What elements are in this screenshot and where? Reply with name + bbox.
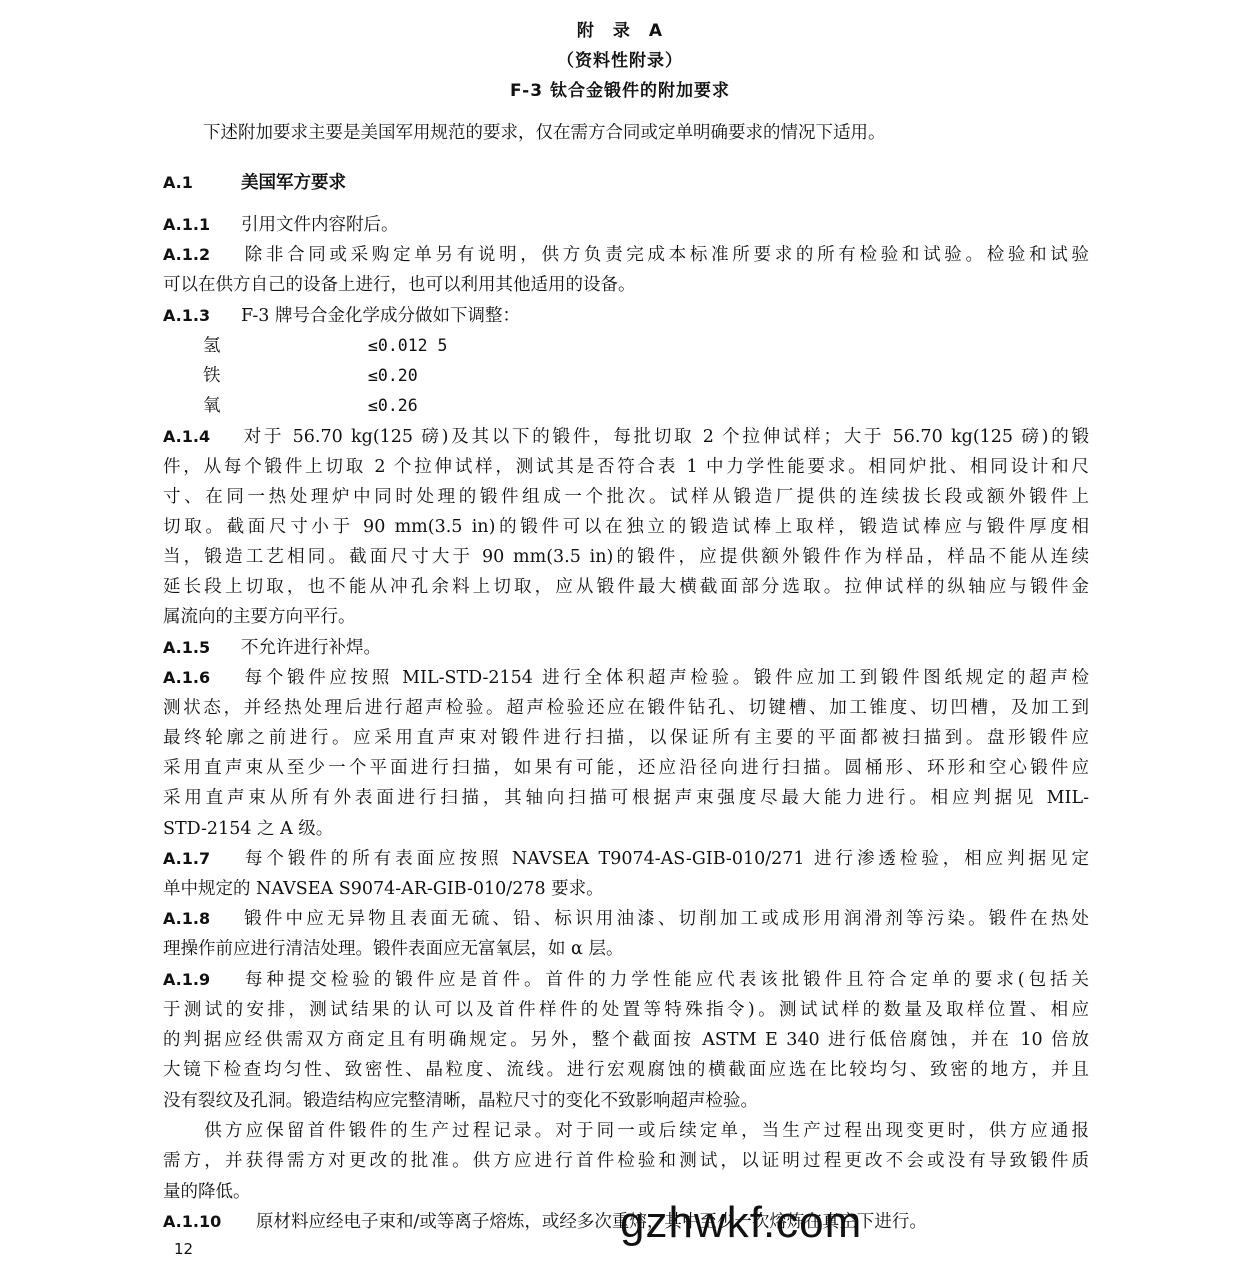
clause-number: A.1.1 [163,210,241,240]
clause-number: A.1.5 [163,633,241,663]
clause-number: A.1.9 [163,965,241,995]
clause-a118-cont: 理操作前应进行清洁处理。锻件表面应无富氧层，如 α 层。 [163,934,1089,964]
composition-row-hydrogen: 氢≤0.012 5 [203,331,221,361]
clause-text: 每个锻件应按照 MIL-STD-2154 进行全体积超声检验。锻件应加工到锻件图… [241,668,1089,688]
clause-text: 除非合同或采购定单另有说明，供方负责完成本标准所要求的所有检验和试验。检验和试验 [241,245,1089,265]
element-name: 氢 [203,336,221,356]
clause-text: F-3 牌号合金化学成分做如下调整： [241,306,520,326]
clause-number: A.1.8 [163,904,241,934]
clause-a115: A.1.5不允许进行补焊。 [163,633,1089,663]
section-number: A.1 [163,168,241,198]
clause-a114-cont: 当，锻造工艺相同。截面尺寸大于 90 mm(3.5 in)的锻件，应提供额外锻件… [163,542,1089,572]
clause-a117: A.1.7每个锻件的所有表面应按照 NAVSEA T9074-AS-GIB-01… [163,844,1089,874]
clause-number: A.1.10 [163,1207,256,1237]
clause-number: A.1.6 [163,663,241,693]
clause-a113: A.1.3F-3 牌号合金化学成分做如下调整： [163,301,1089,331]
clause-text: 锻件中应无异物且表面无硫、铅、标识用油漆、切削加工或成形用润滑剂等污染。锻件在热… [241,909,1089,929]
appendix-title: F-3 钛合金锻件的附加要求 [0,76,1240,101]
clause-a114-cont: 件，从每个锻件上切取 2 个拉伸试样，测试其是否符合表 1 中力学性能要求。相同… [163,452,1089,482]
clause-a114-cont: 寸、在同一热处理炉中同时处理的锻件组成一个批次。试样从锻造厂提供的连续拔长段或额… [163,482,1089,512]
clause-a114-cont: 切取。截面尺寸小于 90 mm(3.5 in)的锻件可以在独立的锻造试棒上取样，… [163,512,1089,542]
clause-text: 每种提交检验的锻件应是首件。首件的力学性能应代表该批锻件且符合定单的要求(包括关 [241,970,1089,990]
intro-text: 下述附加要求主要是美国军用规范的要求，仅在需方合同或定单明确要求的情况下适用。 [203,123,886,143]
clause-a119-cont: 没有裂纹及孔洞。锻造结构应完整清晰，晶粒尺寸的变化不致影响超声检验。 [163,1086,1089,1116]
clause-number: A.1.4 [163,422,241,452]
clause-a116-cont: 采用直声束从所有外表面进行扫描，其轴向扫描可根据声束强度尽最大能力进行。相应判据… [163,783,1089,813]
clause-a119-paragraph-cont: 需方，并获得需方对更改的批准。供方应进行首件检验和测试，以证明过程更改不会或没有… [163,1146,1089,1176]
appendix-heading: 附 录 A [0,16,1240,41]
element-name: 铁 [203,366,221,386]
clause-a118: A.1.8锻件中应无异物且表面无硫、铅、标识用油漆、切削加工或成形用润滑剂等污染… [163,904,1089,934]
clause-a114-cont: 属流向的主要方向平行。 [163,602,1089,632]
document-page: 附 录 A （资料性附录） F-3 钛合金锻件的附加要求 下述附加要求主要是美国… [0,0,1240,1273]
clause-a116-cont: 最终轮廓之前进行。应采用直声束对锻件进行扫描，以保证所有主要的平面都被扫描到。盘… [163,723,1089,753]
clause-a116: A.1.6每个锻件应按照 MIL-STD-2154 进行全体积超声检验。锻件应加… [163,663,1089,693]
clause-a119-cont: 的判据应经供需双方商定且有明确规定。另外，整个截面按 ASTM E 340 进行… [163,1025,1089,1055]
clause-a112-cont: 可以在供方自己的设备上进行，也可以利用其他适用的设备。 [163,270,1089,300]
clause-a119: A.1.9每种提交检验的锻件应是首件。首件的力学性能应代表该批锻件且符合定单的要… [163,965,1089,995]
section-heading: A.1美国军方要求 [163,168,1089,198]
clause-text: 引用文件内容附后。 [241,215,399,235]
section-title: 美国军方要求 [241,173,346,193]
clause-a116-cont: 采用直声束从至少一个平面进行扫描，如果有可能，还应沿径向进行扫描。圆桶形、环形和… [163,753,1089,783]
clause-a117-cont: 单中规定的 NAVSEA S9074-AR-GIB-010/278 要求。 [163,874,1089,904]
clause-text: 不允许进行补焊。 [241,638,381,658]
clause-number: A.1.7 [163,844,241,874]
watermark: gzhwkf.com [620,1198,862,1248]
clause-a119-paragraph: 供方应保留首件锻件的生产过程记录。对于同一或后续定单，当生产过程出现变更时，供方… [163,1116,1089,1146]
composition-row-oxygen: 氧≤0.26 [203,391,221,421]
clause-a111: A.1.1引用文件内容附后。 [163,210,1089,240]
clause-number: A.1.3 [163,301,241,331]
element-name: 氧 [203,396,221,416]
clause-a112: A.1.2除非合同或采购定单另有说明，供方负责完成本标准所要求的所有检验和试验。… [163,240,1089,270]
clause-a116-cont: STD-2154 之 A 级。 [163,814,1089,844]
composition-row-iron: 铁≤0.20 [203,361,221,391]
intro-paragraph: 下述附加要求主要是美国军用规范的要求，仅在需方合同或定单明确要求的情况下适用。 [163,118,1089,148]
clause-a119-cont: 于测试的安排，测试结果的认可以及首件样件的处置等特殊指令)。测试试样的数量及取样… [163,995,1089,1025]
clause-a116-cont: 测状态，并经热处理后进行超声检验。超声检验还应在锻件钻孔、切键槽、加工锥度、切凹… [163,693,1089,723]
clause-text: 每个锻件的所有表面应按照 NAVSEA T9074-AS-GIB-010/271… [241,849,1089,869]
clause-text: 对于 56.70 kg(125 磅)及其以下的锻件，每批切取 2 个拉伸试样；大… [241,427,1089,447]
clause-number: A.1.2 [163,240,241,270]
element-limit: ≤0.012 5 [368,331,447,361]
clause-a119-cont: 大镜下检查均匀性、致密性、晶粒度、流线。进行宏观腐蚀的横截面应选在比较均匀、致密… [163,1055,1089,1085]
element-limit: ≤0.26 [368,391,418,421]
clause-a114: A.1.4对于 56.70 kg(125 磅)及其以下的锻件，每批切取 2 个拉… [163,422,1089,452]
element-limit: ≤0.20 [368,361,418,391]
appendix-nature: （资料性附录） [0,46,1240,71]
page-number: 12 [174,1240,193,1258]
clause-a114-cont: 延长段上切取，也不能从冲孔余料上切取，应从锻件最大横截面部分选取。拉伸试样的纵轴… [163,572,1089,602]
